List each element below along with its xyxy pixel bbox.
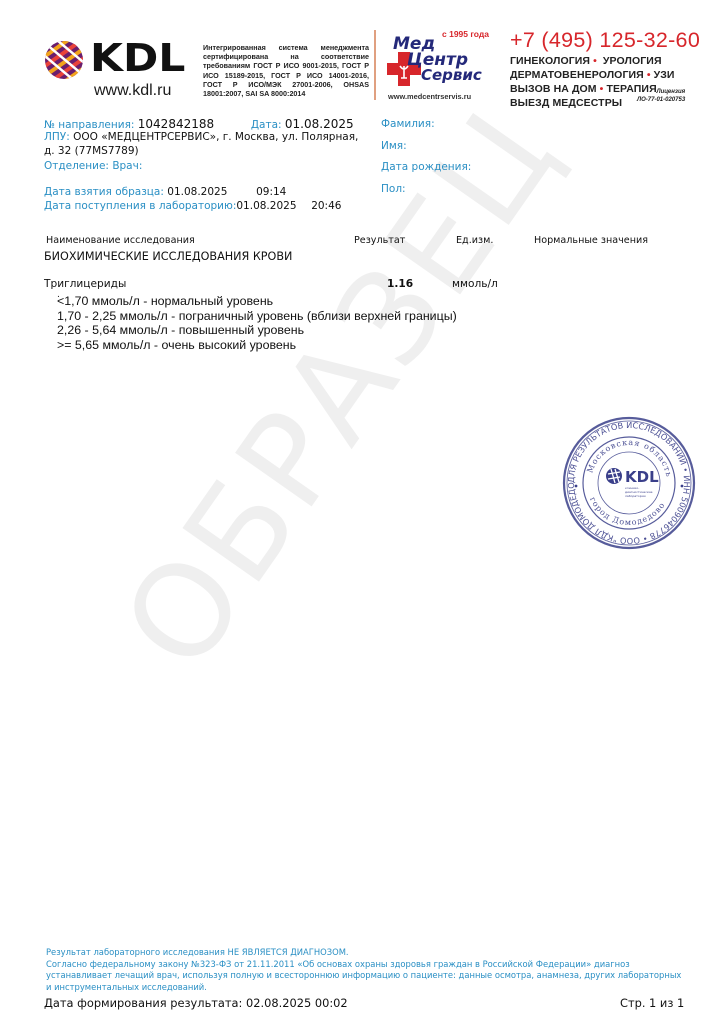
- kdl-website: www.kdl.ru: [94, 82, 171, 100]
- section-title: БИОХИМИЧЕСКИЕ ИССЛЕДОВАНИЯ КРОВИ: [44, 250, 292, 263]
- kdl-logo: KDL www.kdl.ru: [44, 38, 184, 102]
- reference-ranges: <1,70 ммоль/л - нормальный уровень 1,70 …: [57, 294, 457, 352]
- lpu-row: ЛПУ: ООО «МЕДЦЕНТРСЕРВИС», г. Москва, ул…: [44, 131, 358, 143]
- surname-label: Фамилия:: [381, 118, 435, 130]
- referral-date: 01.08.2025: [285, 117, 354, 131]
- kdl-globe-icon: [44, 40, 84, 80]
- svg-text:лаборатории: лаборатории: [625, 494, 646, 498]
- sample-watermark: ОБРАЗЕЦ: [95, 83, 586, 696]
- partner-website: www.medcentrservis.ru: [388, 92, 471, 101]
- sample-time: 09:14: [256, 186, 286, 198]
- column-header-result: Результат: [354, 235, 405, 246]
- referral-row: № направления: 1042842188 Дата: 01.08.20…: [44, 117, 354, 131]
- kdl-brand-text: KDL: [90, 36, 185, 80]
- diagnosis-disclaimer: Результат лабораторного исследования НЕ …: [46, 947, 686, 993]
- column-header-unit: Ед.изм.: [456, 235, 493, 246]
- medcentrservis-logo: с 1995 года Мед Центр Сервис www.medcent…: [385, 28, 495, 104]
- services-line-1: ГИНЕКОЛОГИЯ• УРОЛОГИЯ: [510, 55, 662, 67]
- partner-phone: +7 (495) 125-32-60: [510, 28, 700, 53]
- services-line-4: ВЫЕЗД МЕДСЕСТРЫ: [510, 97, 622, 109]
- lab-date-row: Дата поступления в лабораторию:01.08.202…: [44, 200, 341, 212]
- lpu-value: ООО «МЕДЦЕНТРСЕРВИС», г. Москва, ул. Пол…: [73, 131, 358, 143]
- sample-date: 01.08.2025: [167, 186, 227, 198]
- column-header-test: Наименование исследования: [46, 235, 195, 246]
- services-line-2: ДЕРМАТОВЕНЕРОЛОГИЯ•УЗИ: [510, 69, 675, 81]
- lab-date: 01.08.2025: [236, 200, 296, 212]
- lpu-row-2: д. 32 (77MS7789): [44, 145, 139, 157]
- department-row: Отделение: Врач:: [44, 160, 142, 172]
- lab-stamp: ДЛЯ РЕЗУЛЬТАТОВ ИССЛЕДОВАНИЙ • ИНН 50090…: [562, 416, 696, 550]
- test-name: Триглицериды: [44, 278, 126, 290]
- column-header-reference: Нормальные значения: [534, 235, 648, 246]
- page-number: Стр. 1 из 1: [620, 996, 684, 1010]
- referral-number: 1042842188: [138, 117, 214, 131]
- header-divider: [374, 30, 376, 100]
- since-year: с 1995 года: [442, 29, 489, 39]
- name-label: Имя:: [381, 140, 407, 152]
- sample-date-row: Дата взятия образца: 01.08.2025 09:14: [44, 186, 286, 198]
- sex-label: Пол:: [381, 183, 406, 195]
- test-unit: ммоль/л: [452, 278, 498, 290]
- svg-text:KDL: KDL: [625, 468, 659, 486]
- test-result: 1.16: [387, 278, 413, 290]
- brand-word-servis: Сервис: [421, 66, 482, 84]
- generation-date: Дата формирования результата: 02.08.2025…: [44, 996, 348, 1010]
- certification-text: Интегрированная система менеджмента серт…: [203, 43, 369, 98]
- services-line-3: ВЫЗОВ НА ДОМ•ТЕРАПИЯ: [510, 83, 657, 95]
- birthdate-label: Дата рождения:: [381, 161, 471, 173]
- license-info: Лицензия ЛО-77-01-020753: [637, 89, 685, 104]
- lab-time: 20:46: [311, 200, 341, 212]
